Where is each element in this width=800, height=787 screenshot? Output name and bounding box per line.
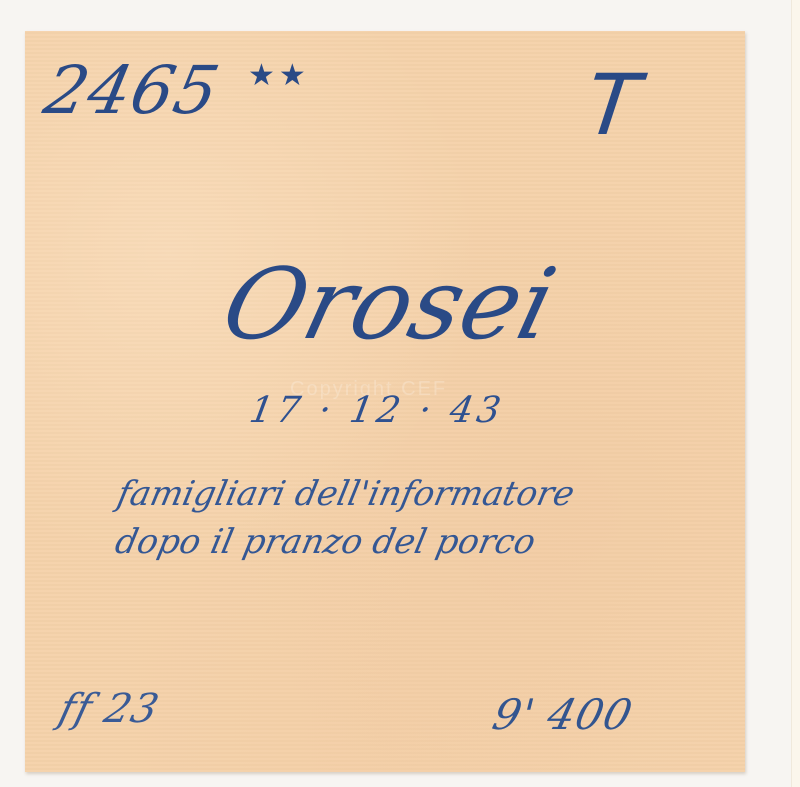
adjacent-card-edge — [791, 0, 800, 787]
date: 17 · 12 · 43 — [246, 390, 507, 431]
catalog-number: 2465 — [38, 52, 226, 129]
description-line: dopo il pranzo del porco — [112, 522, 539, 562]
place-name: Orosei — [212, 248, 566, 362]
duration-code: 9' 400 — [488, 690, 638, 739]
reference-code: ff 23 — [54, 686, 164, 732]
scan-background: 2465 ★★ T Orosei Copyright CEF 17 · 12 ·… — [0, 0, 800, 787]
description-line: famigliari dell'informatore — [114, 474, 578, 514]
star-marks-icon: ★★ — [248, 58, 310, 93]
